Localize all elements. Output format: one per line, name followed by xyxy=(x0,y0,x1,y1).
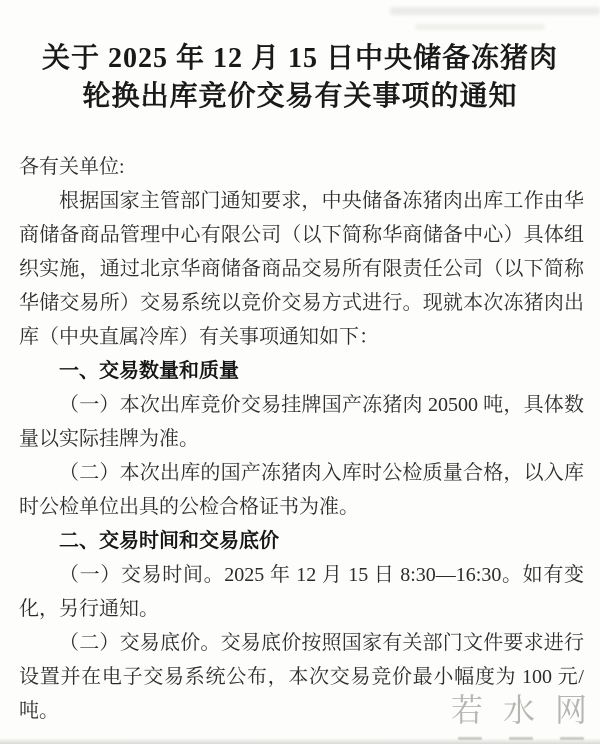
title-line-2: 轮换出库竞价交易有关事项的通知 xyxy=(10,78,590,116)
document-title: 关于 2025 年 12 月 15 日中央储备冻猪肉 轮换出库竞价交易有关事项的… xyxy=(10,40,590,116)
section-2-item-1: （一）交易时间。2025 年 12 月 15 日 8:30—16:30。如有变化… xyxy=(19,558,584,626)
watermark-ruoshuiwang: 若水网 xyxy=(451,685,600,731)
section-1-item-2: （二）本次出库的国产冻猪肉入库时公检质量合格，以入库时公检单位出具的公检合格证书… xyxy=(19,456,584,524)
salutation: 各有关单位: xyxy=(19,150,584,184)
scan-artifact-streak xyxy=(415,24,545,30)
title-line-1: 关于 2025 年 12 月 15 日中央储备冻猪肉 xyxy=(10,40,590,78)
scan-artifact-streak xyxy=(390,7,600,15)
scanned-notice-page: 关于 2025 年 12 月 15 日中央储备冻猪肉 轮换出库竞价交易有关事项的… xyxy=(0,0,600,744)
scan-bottom-shadow xyxy=(0,738,600,744)
section-2-heading: 二、交易时间和交易底价 xyxy=(19,524,584,558)
section-1-item-1: （一）本次出库竞价交易挂牌国产冻猪肉 20500 吨，具体数量以实际挂牌为准。 xyxy=(19,388,584,456)
intro-paragraph: 根据国家主管部门通知要求，中央储备冻猪肉出库工作由华商储备商品管理中心有限公司（… xyxy=(19,184,584,354)
section-1-heading: 一、交易数量和质量 xyxy=(19,354,584,388)
document-body: 各有关单位: 根据国家主管部门通知要求，中央储备冻猪肉出库工作由华商储备商品管理… xyxy=(0,116,600,728)
